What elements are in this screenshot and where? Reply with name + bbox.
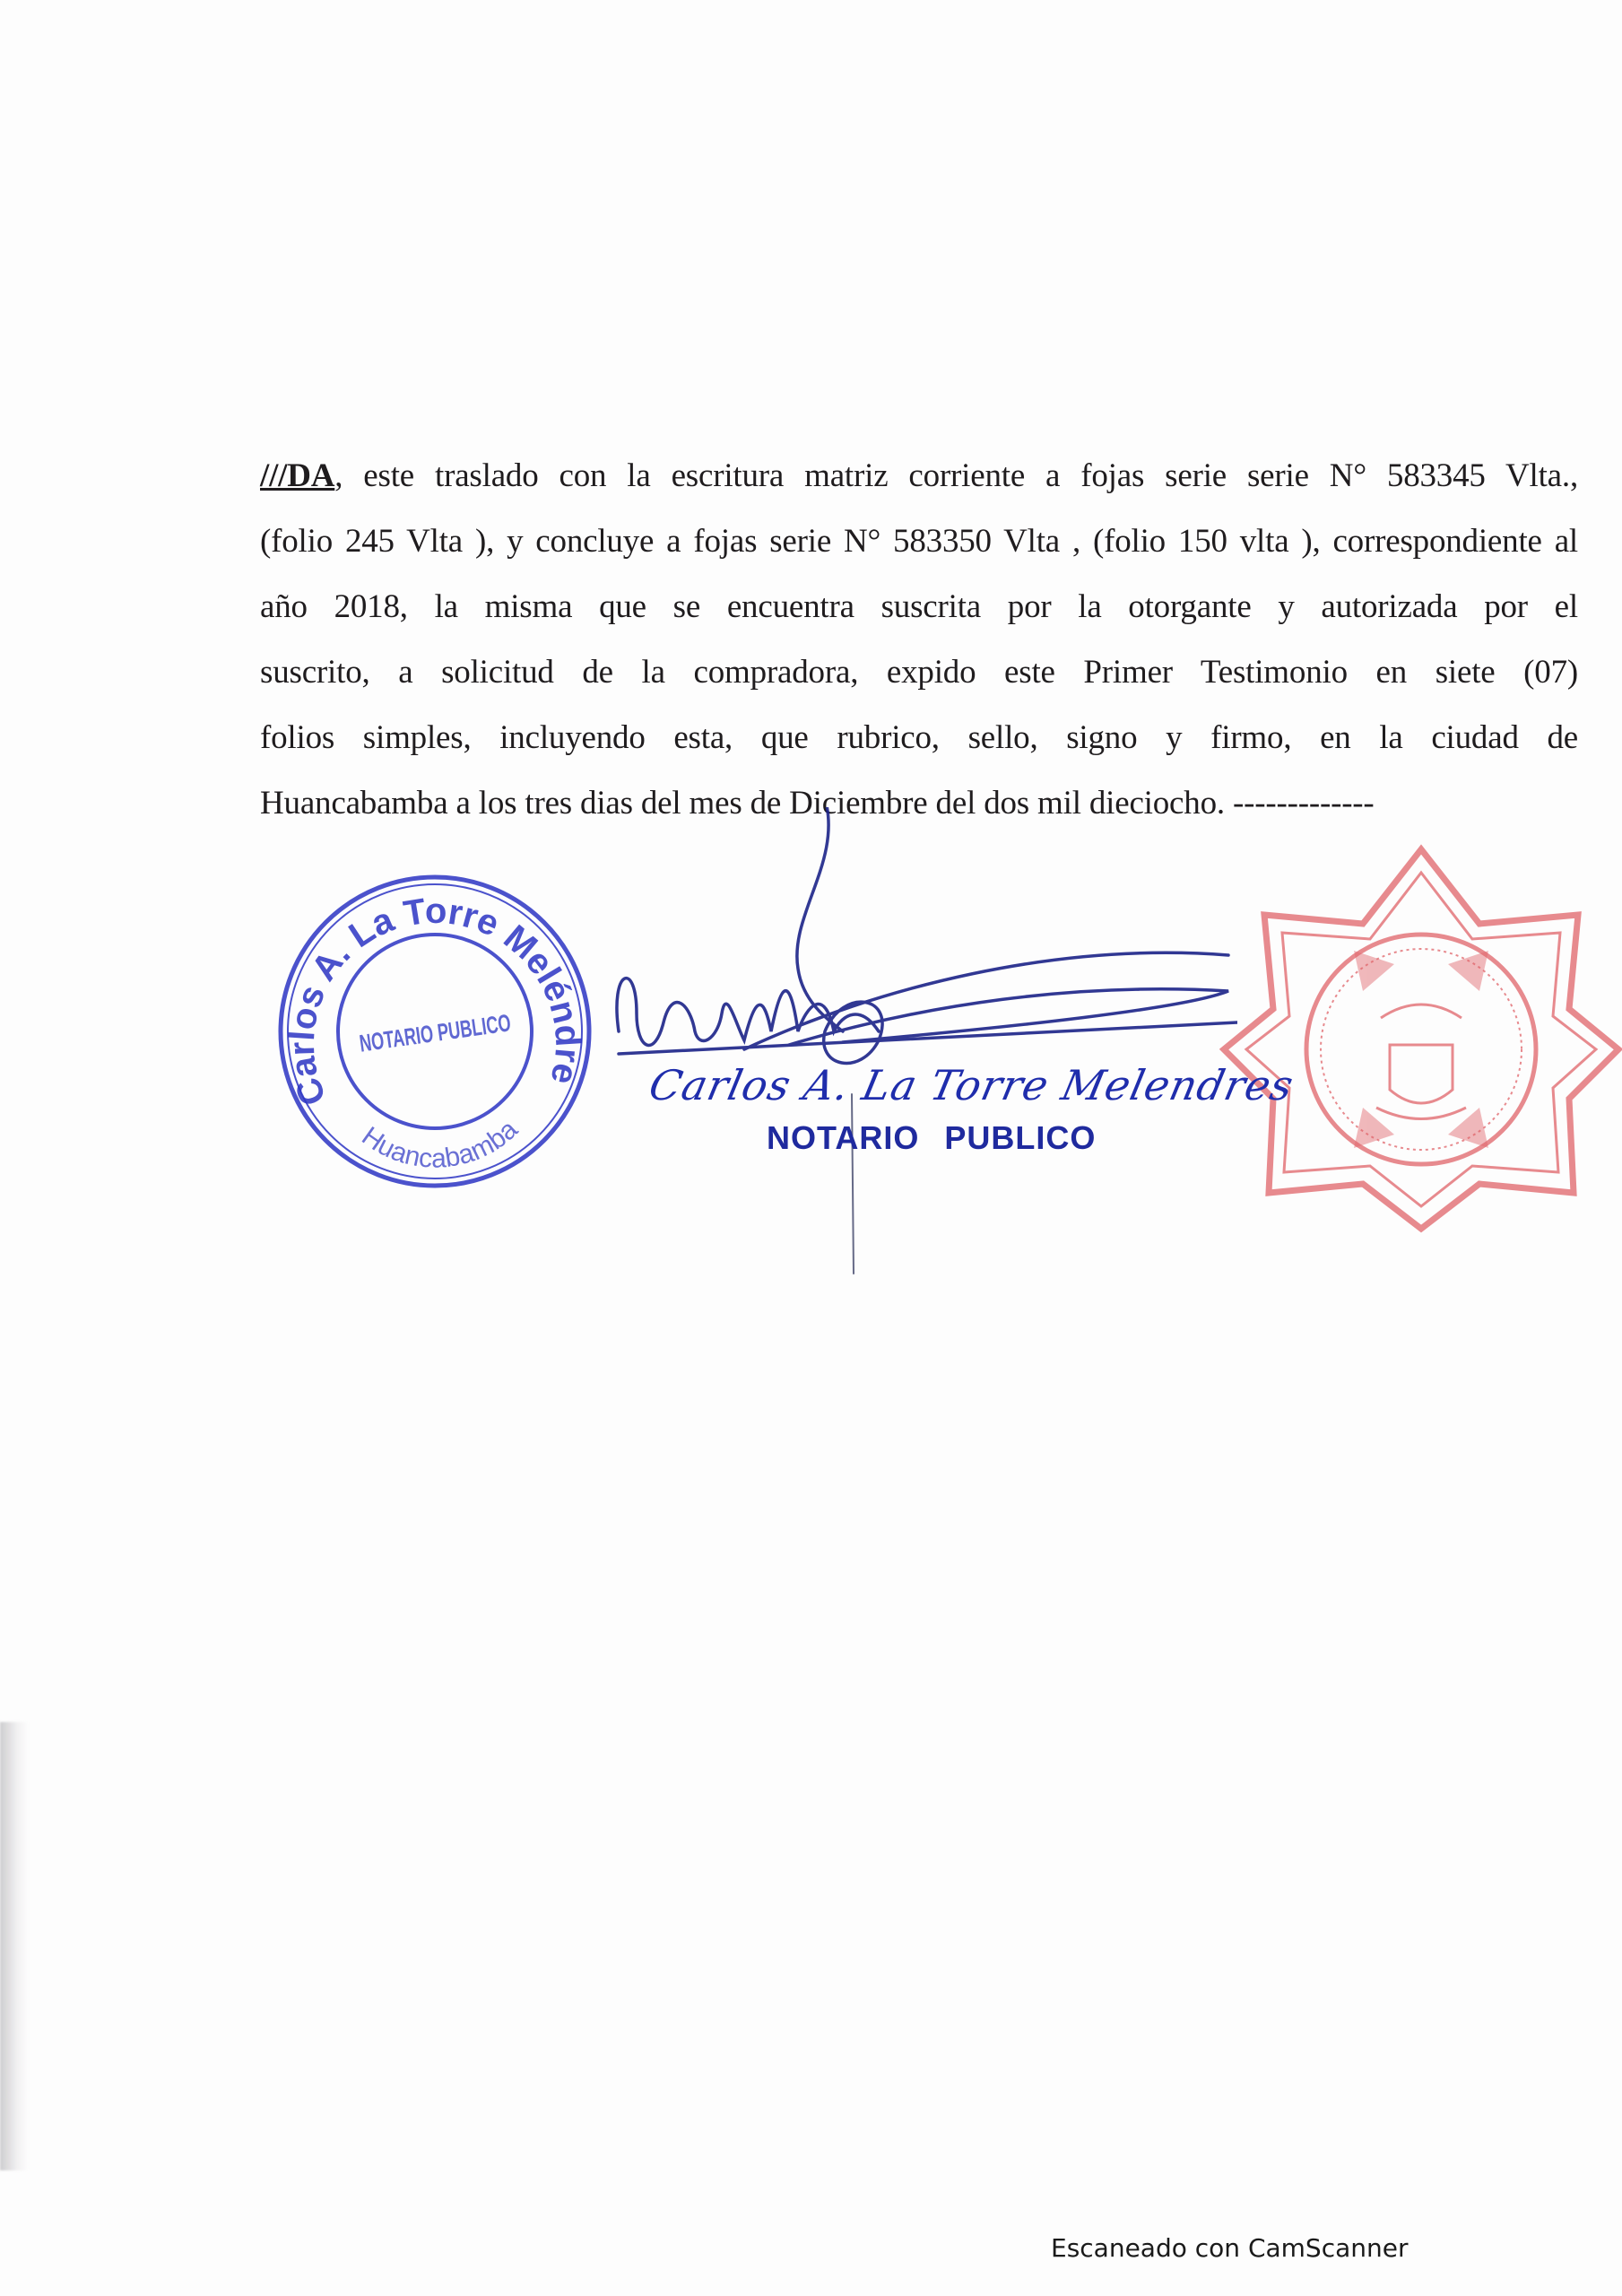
page-edge-shadow <box>0 1722 29 2170</box>
paragraph-line: (folio 245 Vlta ), y concluye a fojas se… <box>260 509 1578 574</box>
line-text: folios simples, incluyendo esta, que rub… <box>260 719 1578 756</box>
stamp-center-text: NOTARIO PUBLICO <box>358 1009 513 1057</box>
line-text: (folio 245 Vlta ), y concluye a fojas se… <box>260 523 1578 560</box>
testimony-paragraph: ///DA, este traslado con la escritura ma… <box>260 443 1578 836</box>
signature-printed-name: Carlos A. La Torre Melendres <box>645 1061 1246 1109</box>
line-text: suscrito, a solicitud de la compradora, … <box>260 654 1578 691</box>
continuation-mark: ///DA <box>260 457 334 494</box>
scanned-page: ///DA, este traslado con la escritura ma… <box>0 0 1622 2296</box>
title-word-publico: PUBLICO <box>944 1119 1096 1156</box>
stamp-outer-text: .Carlos A. La Torre Meléndres. <box>269 865 587 1110</box>
line-text: año 2018, la misma que se encuentra susc… <box>260 588 1578 625</box>
paragraph-line: ///DA, este traslado con la escritura ma… <box>260 443 1578 509</box>
line-text: , este traslado con la escritura matriz … <box>334 457 1578 494</box>
svg-text:.Carlos A. La Torre Meléndres.: .Carlos A. La Torre Meléndres. <box>269 865 587 1110</box>
notary-round-stamp: .Carlos A. La Torre Meléndres. Huancabam… <box>269 865 601 1197</box>
paragraph-line: suscrito, a solicitud de la compradora, … <box>260 639 1578 705</box>
paragraph-line: folios simples, incluyendo esta, que rub… <box>260 705 1578 770</box>
notarial-star-seal <box>1219 839 1622 1233</box>
camscanner-watermark: Escaneado con CamScanner <box>1051 2233 1408 2263</box>
signature-title: NOTARIOPUBLICO <box>767 1119 1096 1157</box>
paragraph-line: año 2018, la misma que se encuentra susc… <box>260 574 1578 639</box>
title-word-notario: NOTARIO <box>767 1119 919 1156</box>
